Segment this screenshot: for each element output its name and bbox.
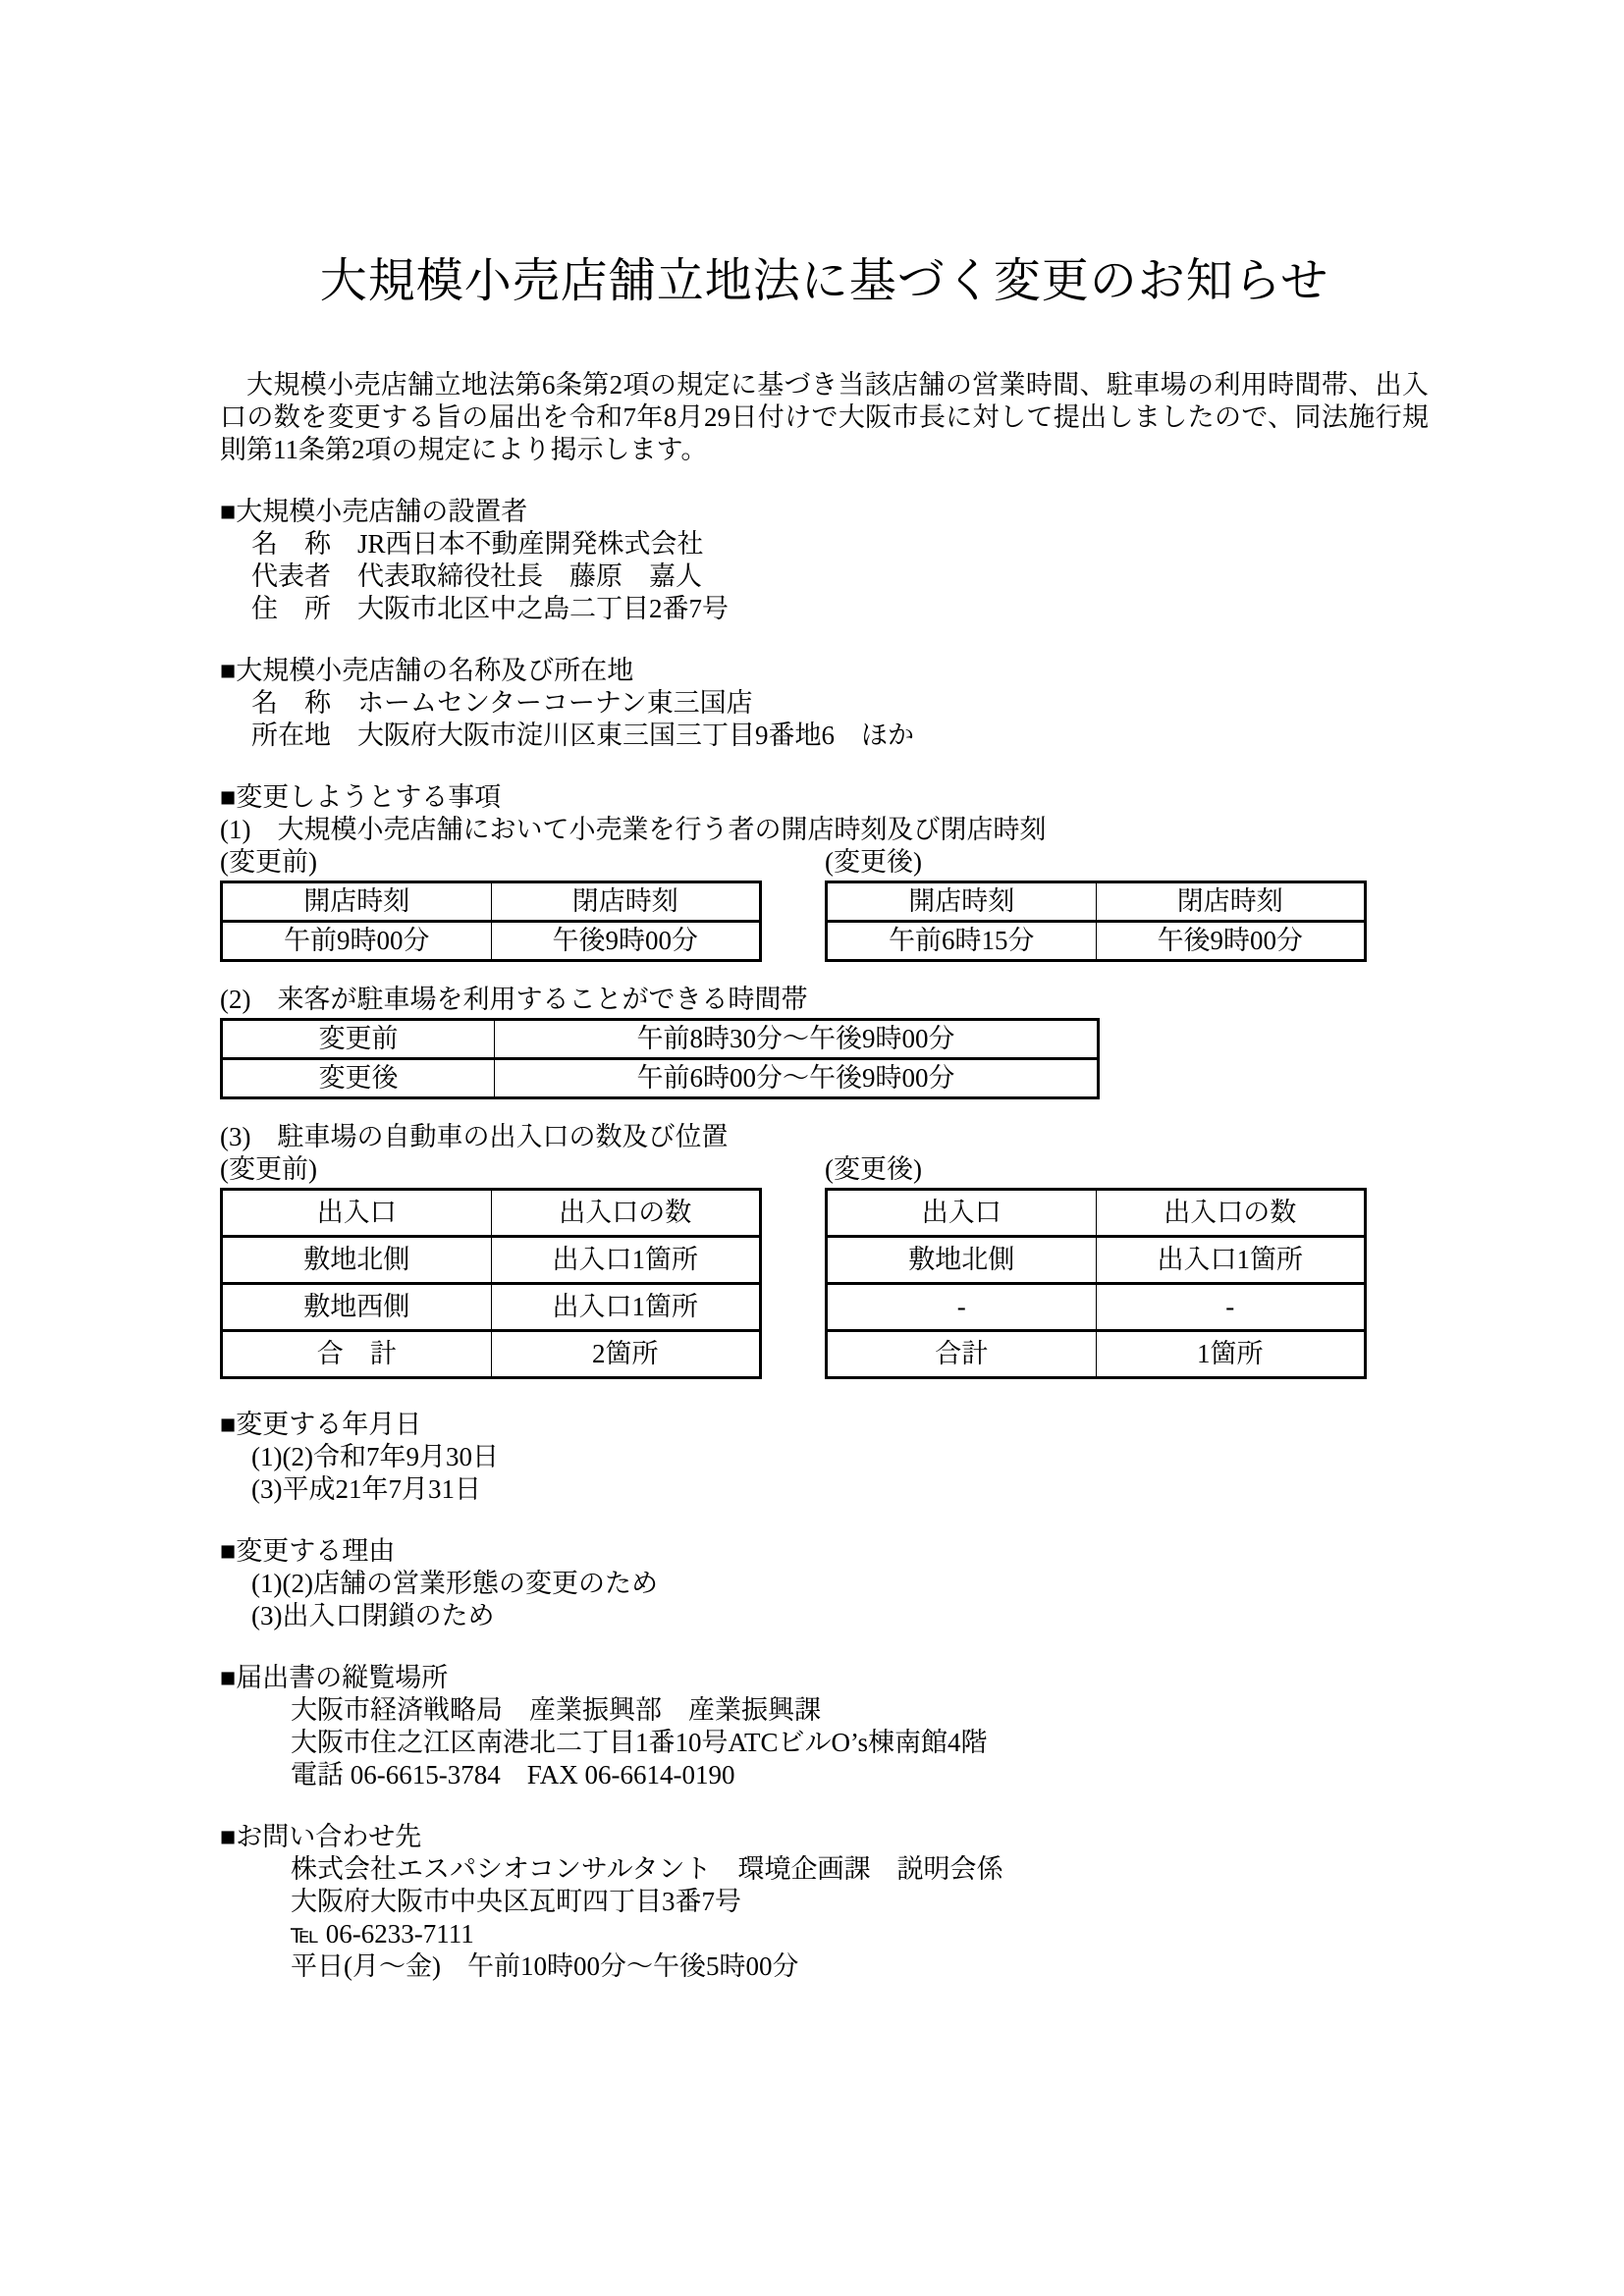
gates-before-column: (変更前) 出入口 出入口の数 敷地北側 出入口1箇所 敷地西側 出入口1箇所	[220, 1153, 762, 1379]
table-row: 変更後 午前6時00分～午後9時00分	[222, 1059, 1099, 1098]
table-cell: 午後9時00分	[1096, 922, 1366, 961]
section-installer: ■大規模小売店舗の設置者 名 称 JR西日本不動産開発株式会社 代表者 代表取締…	[220, 496, 1429, 625]
table-header-cell: 出入口	[222, 1190, 492, 1237]
table-row: 敷地北側 出入口1箇所	[222, 1237, 761, 1284]
table-header-cell: 出入口	[827, 1190, 1097, 1237]
contact-address: 大阪府大阪市中央区瓦町四丁目3番7号	[291, 1886, 1429, 1918]
gates-after-column: (変更後) 出入口 出入口の数 敷地北側 出入口1箇所 - -	[825, 1153, 1367, 1379]
table-cell: 合計	[827, 1331, 1097, 1378]
table-cell: 合 計	[222, 1331, 492, 1378]
table-header-cell: 閉店時刻	[491, 882, 761, 922]
table-row: 開店時刻 閉店時刻	[827, 882, 1366, 922]
table-cell: 1箇所	[1096, 1331, 1366, 1378]
change-item2-label: (2) 来客が駐車場を利用することができる時間帯	[220, 984, 1429, 1016]
after-label: (変更後)	[825, 1153, 1367, 1186]
installer-address: 住 所 大阪市北区中之島二丁目2番7号	[251, 593, 1429, 625]
table-cell: 午後9時00分	[491, 922, 761, 961]
store-location: 所在地 大阪府大阪市淀川区東三国三丁目9番地6 ほか	[251, 720, 1429, 752]
opening-hours-tables: (変更前) 開店時刻 閉店時刻 午前9時00分 午後9時00分 (変更後)	[220, 846, 1429, 962]
table-header-cell: 開店時刻	[827, 882, 1097, 922]
change-item3-label: (3) 駐車場の自動車の出入口の数及び位置	[220, 1121, 1429, 1153]
section-store: ■大規模小売店舗の名称及び所在地 名 称 ホームセンターコーナン東三国店 所在地…	[220, 655, 1429, 752]
table-header-cell: 変更前	[222, 1020, 495, 1059]
table-row: 敷地西側 出入口1箇所	[222, 1284, 761, 1331]
section-contact: ■お問い合わせ先 株式会社エスパシオコンサルタント 環境企画課 説明会係 大阪府…	[220, 1821, 1429, 1983]
change-reason-line: (1)(2)店舗の営業形態の変更のため	[251, 1568, 1429, 1600]
table-header-cell: 開店時刻	[222, 882, 492, 922]
intro-paragraph: 大規模小売店舗立地法第6条第2項の規定に基づき当該店舗の営業時間、駐車場の利用時…	[220, 369, 1429, 466]
table-row: 敷地北側 出入口1箇所	[827, 1237, 1366, 1284]
gates-after-table: 出入口 出入口の数 敷地北側 出入口1箇所 - - 合計 1箇所	[825, 1188, 1367, 1379]
table-header-cell: 出入口の数	[1096, 1190, 1366, 1237]
opening-hours-after-table: 開店時刻 閉店時刻 午前6時15分 午後9時00分	[825, 881, 1367, 962]
inspection-office: 大阪市経済戦略局 産業振興部 産業振興課	[291, 1694, 1429, 1727]
table-cell: 出入口1箇所	[1096, 1237, 1366, 1284]
change-date-line: (3)平成21年7月31日	[251, 1473, 1429, 1506]
before-label: (変更前)	[220, 846, 762, 879]
gate-tables: (変更前) 出入口 出入口の数 敷地北側 出入口1箇所 敷地西側 出入口1箇所	[220, 1153, 1429, 1379]
installer-heading: ■大規模小売店舗の設置者	[220, 496, 1429, 528]
table-cell: 午前6時15分	[827, 922, 1097, 961]
section-changes: ■変更しようとする事項 (1) 大規模小売店舗において小売業を行う者の開店時刻及…	[220, 781, 1429, 1379]
table-cell: 敷地北側	[827, 1237, 1097, 1284]
table-row: 午前9時00分 午後9時00分	[222, 922, 761, 961]
store-name: 名 称 ホームセンターコーナン東三国店	[251, 687, 1429, 720]
contact-company: 株式会社エスパシオコンサルタント 環境企画課 説明会係	[291, 1853, 1429, 1886]
table-cell: 午前6時00分～午後9時00分	[495, 1059, 1099, 1098]
table-cell: -	[1096, 1284, 1366, 1331]
contact-phone: ℡ 06-6233-7111	[291, 1918, 1429, 1950]
table-row: 出入口 出入口の数	[827, 1190, 1366, 1237]
change-reason-line: (3)出入口閉鎖のため	[251, 1600, 1429, 1632]
gates-before-table: 出入口 出入口の数 敷地北側 出入口1箇所 敷地西側 出入口1箇所 合 計 2箇…	[220, 1188, 762, 1379]
opening-hours-before-table: 開店時刻 閉店時刻 午前9時00分 午後9時00分	[220, 881, 762, 962]
table-header-cell: 変更後	[222, 1059, 495, 1098]
table-cell: -	[827, 1284, 1097, 1331]
parking-hours-table: 変更前 午前8時30分～午後9時00分 変更後 午前6時00分～午後9時00分	[220, 1018, 1100, 1099]
table-row: 開店時刻 閉店時刻	[222, 882, 761, 922]
inspection-address: 大阪市住之江区南港北二丁目1番10号ATCビルO’s棟南館4階	[291, 1727, 1429, 1759]
table-cell: 出入口1箇所	[491, 1284, 761, 1331]
table-row: 出入口 出入口の数	[222, 1190, 761, 1237]
section-inspection: ■届出書の縦覧場所 大阪市経済戦略局 産業振興部 産業振興課 大阪市住之江区南港…	[220, 1662, 1429, 1791]
inspection-heading: ■届出書の縦覧場所	[220, 1662, 1429, 1694]
after-label: (変更後)	[825, 846, 1367, 879]
table-cell: 出入口1箇所	[491, 1237, 761, 1284]
change-item1-label: (1) 大規模小売店舗において小売業を行う者の開店時刻及び閉店時刻	[220, 814, 1429, 846]
contact-hours: 平日(月～金) 午前10時00分～午後5時00分	[291, 1950, 1429, 1983]
inspection-phone-fax: 電話 06-6615-3784 FAX 06-6614-0190	[291, 1759, 1429, 1791]
table-cell: 敷地北側	[222, 1237, 492, 1284]
table-row: - -	[827, 1284, 1366, 1331]
table-row: 合 計 2箇所	[222, 1331, 761, 1378]
table-cell: 午前9時00分	[222, 922, 492, 961]
before-label: (変更前)	[220, 1153, 762, 1186]
change-reason-heading: ■変更する理由	[220, 1535, 1429, 1568]
table-header-cell: 出入口の数	[491, 1190, 761, 1237]
installer-representative: 代表者 代表取締役社長 藤原 嘉人	[251, 561, 1429, 593]
contact-heading: ■お問い合わせ先	[220, 1821, 1429, 1853]
change-date-line: (1)(2)令和7年9月30日	[251, 1441, 1429, 1473]
table-cell: 午前8時30分～午後9時00分	[495, 1020, 1099, 1059]
notice-document: 大規模小売店舗立地法に基づく変更のお知らせ 大規模小売店舗立地法第6条第2項の規…	[0, 0, 1624, 2296]
change-date-heading: ■変更する年月日	[220, 1409, 1429, 1441]
opening-hours-after-column: (変更後) 開店時刻 閉店時刻 午前6時15分 午後9時00分	[825, 846, 1367, 962]
page-title: 大規模小売店舗立地法に基づく変更のお知らせ	[220, 253, 1429, 310]
section-change-reason: ■変更する理由 (1)(2)店舗の営業形態の変更のため (3)出入口閉鎖のため	[220, 1535, 1429, 1632]
table-cell: 敷地西側	[222, 1284, 492, 1331]
table-row: 午前6時15分 午後9時00分	[827, 922, 1366, 961]
section-change-date: ■変更する年月日 (1)(2)令和7年9月30日 (3)平成21年7月31日	[220, 1409, 1429, 1506]
installer-name: 名 称 JR西日本不動産開発株式会社	[251, 528, 1429, 561]
table-header-cell: 閉店時刻	[1096, 882, 1366, 922]
opening-hours-before-column: (変更前) 開店時刻 閉店時刻 午前9時00分 午後9時00分	[220, 846, 762, 962]
changes-heading: ■変更しようとする事項	[220, 781, 1429, 814]
store-heading: ■大規模小売店舗の名称及び所在地	[220, 655, 1429, 687]
table-row: 変更前 午前8時30分～午後9時00分	[222, 1020, 1099, 1059]
table-cell: 2箇所	[491, 1331, 761, 1378]
table-row: 合計 1箇所	[827, 1331, 1366, 1378]
